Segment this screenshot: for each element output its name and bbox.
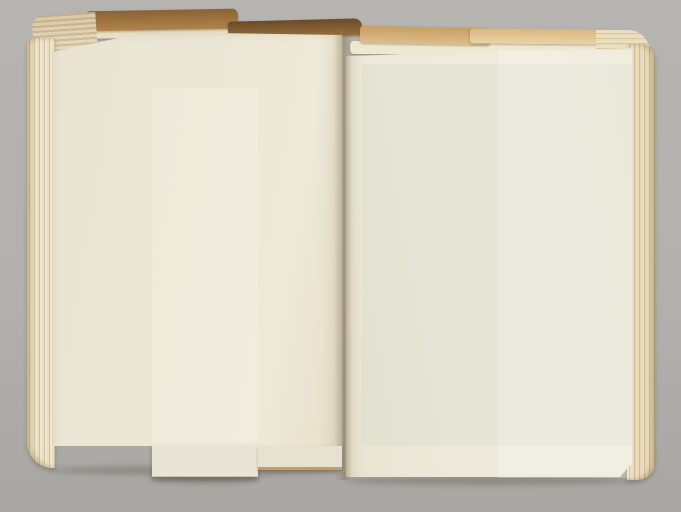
top-edge-brown-strip: [86, 9, 238, 32]
book-gutter: [334, 30, 352, 480]
gutter-side-sheet-edge: [258, 446, 342, 470]
interleaf-tissue-left: [152, 88, 258, 445]
interleaf-tissue-right: [498, 50, 632, 478]
left-fore-edge-stack: [27, 38, 55, 468]
interleaf-tissue-protruding-edge: [152, 444, 258, 477]
book-photo: [0, 0, 681, 512]
